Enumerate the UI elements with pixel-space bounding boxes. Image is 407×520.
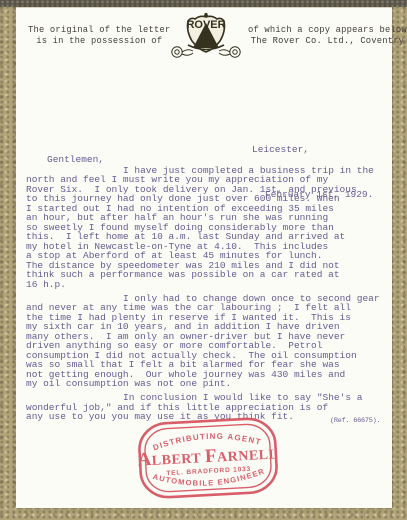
- scanned-letter-page: The original of the letteris in the poss…: [0, 0, 407, 520]
- scan-top-edge: [0, 0, 407, 7]
- salutation: Gentlemen,: [47, 155, 382, 165]
- paragraph-1: I have just completed a business trip in…: [26, 166, 382, 290]
- letterhead: The original of the letteris in the poss…: [16, 18, 392, 68]
- provenance-right-line2: The Rover Co. Ltd., Coventry: [251, 36, 404, 46]
- provenance-note-left: The original of the letteris in the poss…: [28, 25, 170, 47]
- provenance-left-line2: is in the possession of: [36, 36, 162, 46]
- paragraph-2: I only had to change down once to second…: [26, 294, 382, 389]
- provenance-note-right: of which a copy appears belowThe Rover C…: [248, 25, 407, 47]
- rover-logo-icon: ROVER: [168, 11, 244, 63]
- letter-body: Gentlemen, I have just completed a busin…: [26, 155, 382, 426]
- rover-logo-text: ROVER: [186, 19, 225, 31]
- provenance-right-line1: of which a copy appears below: [248, 25, 407, 35]
- paragraph-3: In conclusion I would like to say "She's…: [26, 393, 382, 422]
- provenance-left-line1: The original of the letter: [28, 25, 170, 35]
- dealer-stamp: DISTRIBUTING AGENT ALBERT FARNELL TEL. B…: [136, 415, 280, 500]
- reference-number: (Ref. 66675).: [330, 417, 380, 425]
- letter-paper: The original of the letteris in the poss…: [16, 7, 392, 508]
